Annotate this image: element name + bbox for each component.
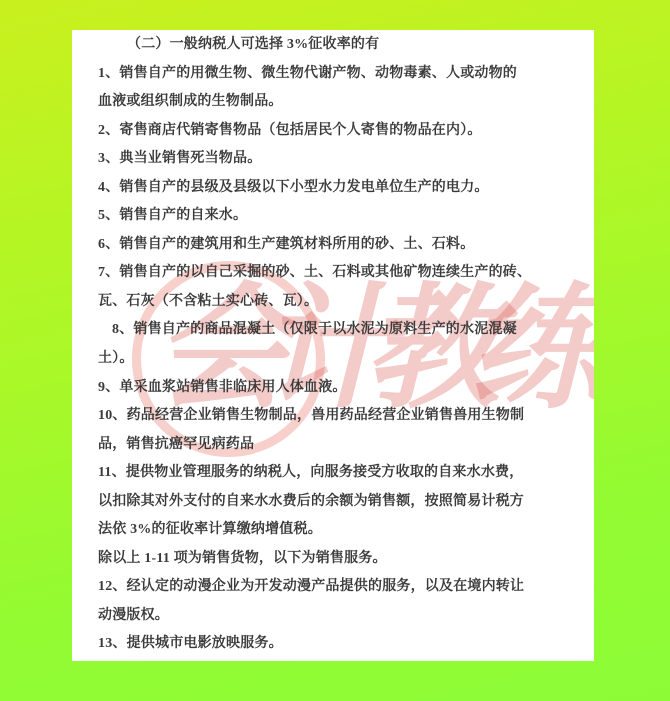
document-line-item-10-line-1: 10、药品经营企业销售生物制品，兽用药品经营企业销售兽用生物制 bbox=[98, 402, 586, 431]
document-line-note-goods-vs-services: 除以上 1-11 项为销售货物，以下为销售服务。 bbox=[98, 545, 586, 574]
document-line-item-6: 6、销售自产的建筑用和生产建筑材料所用的砂、土、石料。 bbox=[98, 231, 586, 260]
document-line-item-1-line-1: 1、销售自产的用微生物、微生物代谢产物、动物毒素、人或动物的 bbox=[98, 60, 586, 89]
document-page: 会计教练 （二）一般纳税人可选择 3%征收率的有1、销售自产的用微生物、微生物代… bbox=[72, 30, 594, 661]
document-line-item-9: 9、单采血浆站销售非临床用人体血液。 bbox=[98, 374, 586, 403]
document-line-item-5: 5、销售自产的自来水。 bbox=[98, 202, 586, 231]
document-line-item-11-line-2: 以扣除其对外支付的自来水水费后的余额为销售额，按照简易计税方 bbox=[98, 488, 586, 517]
document-line-item-8-line-2: 土）。 bbox=[98, 345, 586, 374]
document-line-item-1-line-2: 血液或组织制成的生物制品。 bbox=[98, 88, 586, 117]
document-line-item-10-line-2: 品，销售抗癌罕见病药品 bbox=[98, 431, 586, 460]
document-line-item-13: 13、提供城市电影放映服务。 bbox=[98, 630, 586, 659]
document-line-item-7-line-1: 7、销售自产的以自己采掘的砂、土、石料或其他矿物连续生产的砖、 bbox=[98, 259, 586, 288]
document-line-item-11-line-1: 11、提供物业管理服务的纳税人，向服务接受方收取的自来水水费， bbox=[98, 459, 586, 488]
document-line-item-8-line-1: 8、销售自产的商品混凝土（仅限于以水泥为原料生产的水泥混凝 bbox=[98, 316, 586, 345]
document-line-item-2: 2、寄售商店代销寄售物品（包括居民个人寄售的物品在内）。 bbox=[98, 117, 586, 146]
document-line-item-3: 3、典当业销售死当物品。 bbox=[98, 145, 586, 174]
document-line-item-4: 4、销售自产的县级及县级以下小型水力发电单位生产的电力。 bbox=[98, 174, 586, 203]
document-body: （二）一般纳税人可选择 3%征收率的有1、销售自产的用微生物、微生物代谢产物、动… bbox=[98, 31, 586, 659]
document-line-item-12-line-2: 动漫版权。 bbox=[98, 602, 586, 631]
document-line-heading: （二）一般纳税人可选择 3%征收率的有 bbox=[98, 31, 586, 60]
document-line-item-7-line-2: 瓦、石灰（不含粘土实心砖、瓦）。 bbox=[98, 288, 586, 317]
page-background: 会计教练 （二）一般纳税人可选择 3%征收率的有1、销售自产的用微生物、微生物代… bbox=[0, 0, 670, 701]
document-line-item-11-line-3: 法依 3%的征收率计算缴纳增值税。 bbox=[98, 516, 586, 545]
document-line-item-12-line-1: 12、经认定的动漫企业为开发动漫产品提供的服务，以及在境内转让 bbox=[98, 573, 586, 602]
